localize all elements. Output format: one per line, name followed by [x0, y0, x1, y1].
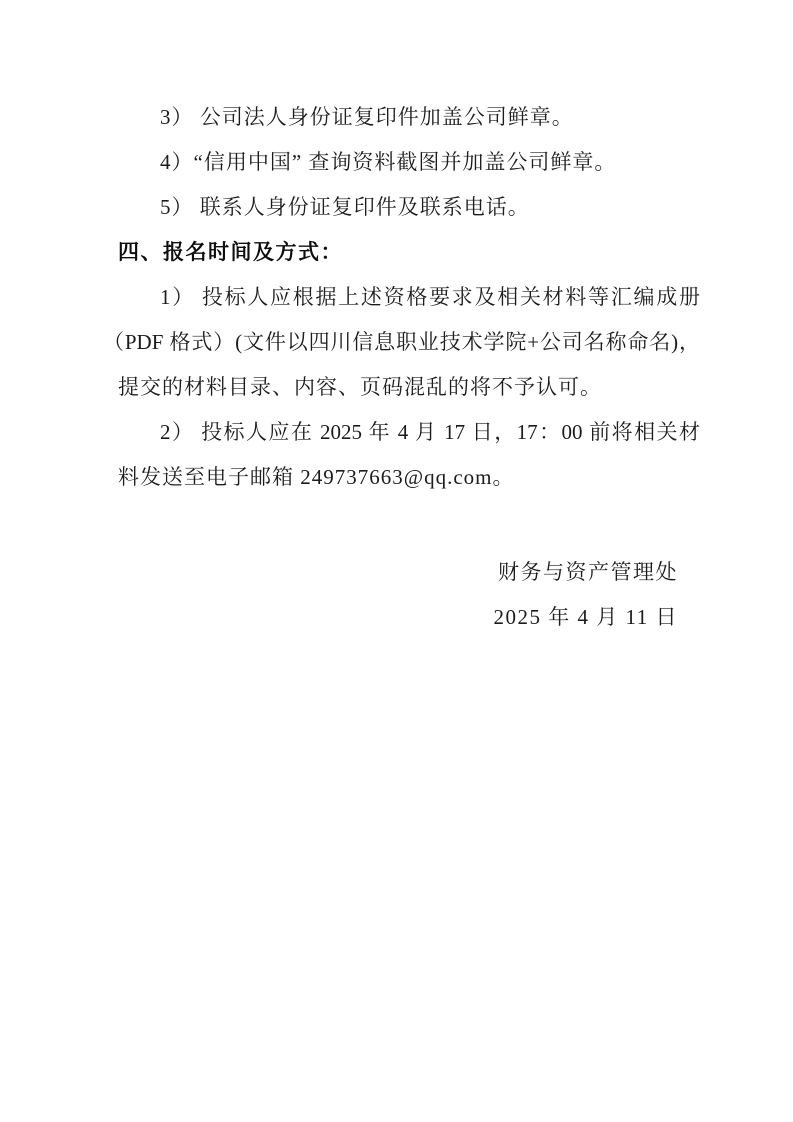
paragraph2-line2-email: 料发送至电子邮箱 249737663@qq.com。 [118, 455, 700, 500]
list-item-5: 5） 联系人身份证复印件及联系电话。 [118, 185, 700, 230]
paragraph1-line2: （PDF 格式）(文件以四川信息职业技术学院+公司名称命名)， [103, 320, 700, 365]
paragraph1-line1: 1） 投标人应根据上述资格要求及相关材料等汇编成册 [118, 275, 700, 320]
paragraph1-line3: 提交的材料目录、内容、页码混乱的将不予认可。 [118, 365, 700, 410]
document-page: 3） 公司法人身份证复印件加盖公司鲜章。 4）“信用中国” 查询资料截图并加盖公… [0, 0, 793, 1122]
paragraph2-line1: 2） 投标人应在 2025 年 4 月 17 日，17：00 前将相关材 [118, 410, 700, 455]
list-item-4: 4）“信用中国” 查询资料截图并加盖公司鲜章。 [118, 140, 700, 185]
list-item-3: 3） 公司法人身份证复印件加盖公司鲜章。 [118, 95, 700, 140]
blank-space [118, 500, 700, 550]
document-body: 3） 公司法人身份证复印件加盖公司鲜章。 4）“信用中国” 查询资料截图并加盖公… [118, 95, 700, 640]
section-heading: 四、报名时间及方式： [118, 230, 700, 275]
signature-date: 2025 年 4 月 11 日 [118, 595, 700, 640]
signature-department: 财务与资产管理处 [118, 550, 700, 595]
